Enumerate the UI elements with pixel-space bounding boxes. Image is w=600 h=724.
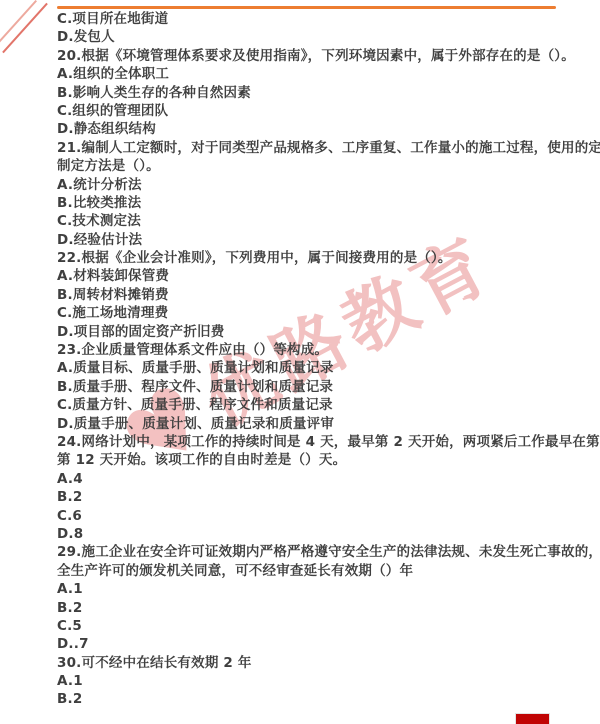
option-line: B.2 (57, 690, 588, 708)
exam-question-page: C.项目所在地街道 D.发包人 20.根据《环境管理体系要求及使用指南》，下列环… (57, 10, 588, 709)
question-line: 30.可不经中在结长有效期 2 年 (57, 654, 588, 672)
option-line: A.组织的全体职工 (57, 65, 588, 83)
question-line: 22.根据《企业会计准则》，下列费用中，属于间接费用的是（）。 (57, 249, 588, 267)
option-line: C.组织的管理团队 (57, 102, 588, 120)
option-line: C.质量方针、质量手册、程序文件和质量记录 (57, 396, 588, 414)
question-continuation-line: 第 12 天开始。该项工作的自由时差是（）天。 (57, 451, 588, 469)
option-line: D.8 (57, 525, 588, 543)
option-line: B.影响人类生存的各种自然因素 (57, 84, 588, 102)
question-continuation-line: 全生产许可的颁发机关同意，可不经审查延长有效期（）年 (57, 562, 588, 580)
option-line: B.周转材料摊销费 (57, 286, 588, 304)
option-line: B.比较类推法 (57, 194, 588, 212)
question-line: 29.施工企业在安全许可证效期内严格严格遵守安全生产的法律法规、未发生死亡事故的… (57, 543, 588, 561)
option-line: C.6 (57, 507, 588, 525)
option-line: A.1 (57, 580, 588, 598)
footer-red-mark (515, 713, 550, 724)
question-line: 21.编制人工定额时，对于同类型产品规格多、工序重复、工作量小的施工过程，使用的… (57, 139, 588, 157)
option-line: B.2 (57, 599, 588, 617)
option-line: C.施工场地清理费 (57, 304, 588, 322)
option-line: A.统计分析法 (57, 176, 588, 194)
option-line: A.材料装卸保管费 (57, 267, 588, 285)
option-line: D.经验估计法 (57, 231, 588, 249)
question-line: 20.根据《环境管理体系要求及使用指南》，下列环境因素中，属于外部存在的是（）。 (57, 47, 588, 65)
option-line: D.质量手册、质量计划、质量记录和质量评审 (57, 415, 588, 433)
option-line: C.项目所在地街道 (57, 10, 588, 28)
top-border-rule (57, 6, 556, 9)
option-line: B.2 (57, 488, 588, 506)
option-line: C.5 (57, 617, 588, 635)
corner-fold-mark-outer (0, 0, 37, 46)
question-line: 24.网络计划中，某项工作的持续时间是 4 天，最早第 2 天开始，两项紧后工作… (57, 433, 588, 451)
option-line: B.质量手册、程序文件、质量计划和质量记录 (57, 378, 588, 396)
option-line: A.质量目标、质量手册、质量计划和质量记录 (57, 359, 588, 377)
option-line: D.项目部的固定资产折旧费 (57, 323, 588, 341)
option-line: A.1 (57, 672, 588, 690)
option-line: A.4 (57, 470, 588, 488)
option-line: D..7 (57, 635, 588, 653)
option-line: D.发包人 (57, 28, 588, 46)
question-line: 23.企业质量管理体系文件应由（）等构成。 (57, 341, 588, 359)
question-continuation-line: 制定方法是（）。 (57, 157, 588, 175)
option-line: C.技术测定法 (57, 212, 588, 230)
option-line: D.静态组织结构 (57, 120, 588, 138)
